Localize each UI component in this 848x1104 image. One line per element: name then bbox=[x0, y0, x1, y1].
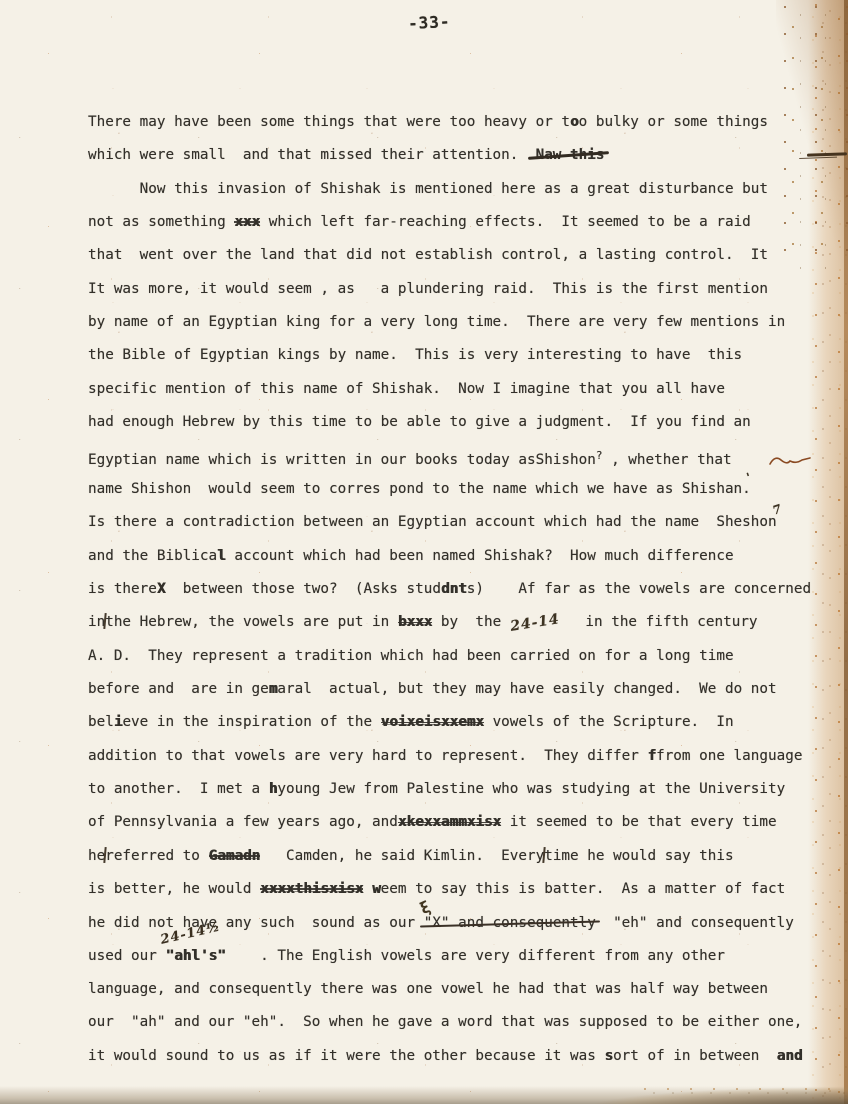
page-number: -33- bbox=[408, 12, 451, 33]
typed-line-5: that went over the land that did not est… bbox=[88, 245, 768, 265]
top-right-corner-wear bbox=[776, 0, 848, 270]
typed-line-26: used our 24-14½"ahl's" . The English vow… bbox=[88, 946, 725, 967]
typed-line-9: specific mention of this name of Shishak… bbox=[88, 379, 725, 399]
typed-text: There may have been some things that wer… bbox=[88, 114, 570, 130]
typed-text: referred to bbox=[105, 848, 208, 864]
typed-line-23: hereferred to Gamadn Camden, he said Kim… bbox=[88, 846, 734, 866]
typed-text: had enough Hebrew by this time to be abl… bbox=[88, 414, 751, 430]
typed-line-15: is thereX between those two? (Asks studd… bbox=[88, 579, 811, 599]
typed-line-22: of Pennsylvania a few years ago, andxkex… bbox=[88, 812, 777, 832]
typed-line-3: Now this invasion of Shishak is mentione… bbox=[88, 179, 768, 199]
typed-text: "eh" and consequently bbox=[596, 915, 794, 931]
typed-text: , whether that bbox=[602, 452, 731, 468]
typed-text: not as something bbox=[88, 214, 234, 230]
typed-text: from one language bbox=[656, 748, 802, 764]
typed-line-29: it would sound to us as if it were the o… bbox=[88, 1046, 802, 1066]
overtyped-text: "ahl's" bbox=[165, 948, 225, 964]
typed-text: Egyptian name which is written in our bo… bbox=[88, 452, 596, 468]
typed-text: that went over the land that did not est… bbox=[88, 247, 768, 263]
typed-text: account which had been named Shishak? Ho… bbox=[226, 548, 734, 564]
typed-text: Is there a contradiction between an Egyp… bbox=[88, 514, 777, 530]
typed-text: addition to that vowels are very hard to… bbox=[88, 748, 647, 764]
typed-line-12: name Shishon would seem to corres pond t… bbox=[88, 479, 751, 499]
overtyped-text: and bbox=[777, 1048, 803, 1064]
scanned-page: -33- There may have been some things tha… bbox=[0, 0, 848, 1104]
margin-pen-squiggle bbox=[768, 452, 812, 470]
typed-text: time he would say this bbox=[544, 848, 733, 864]
typed-text: to another. I met a bbox=[88, 781, 269, 797]
overtyped-text: f bbox=[647, 748, 656, 764]
typed-text: between those two? (Asks stud bbox=[165, 581, 440, 597]
typed-text: ort of in between bbox=[613, 1048, 777, 1064]
typed-line-1: There may have been some things that wer… bbox=[88, 112, 768, 132]
typed-text: eve in the inspiration of the bbox=[122, 714, 380, 730]
typed-line-11: Egyptian name which is written in our bo… bbox=[88, 446, 732, 470]
typed-line-10: had enough Hebrew by this time to be abl… bbox=[88, 412, 751, 432]
overtyped-text: l bbox=[217, 548, 226, 564]
typed-line-14: and the Biblical account which had been … bbox=[88, 546, 734, 566]
typed-strikeout-text: voixeisxxemx bbox=[381, 714, 484, 730]
typed-line-17: A. D. They represent a tradition which h… bbox=[88, 646, 734, 666]
typed-text: eem to say this is batter. As a matter o… bbox=[381, 881, 786, 897]
typed-line-19: believe in the inspiration of the voixei… bbox=[88, 712, 734, 732]
typed-text: A. D. They represent a tradition which h… bbox=[88, 648, 734, 664]
typed-text: is better, he would bbox=[88, 881, 260, 897]
typed-text: Now this invasion of Shishak is mentione… bbox=[88, 181, 768, 197]
typed-text: it would sound to us as if it were the o… bbox=[88, 1048, 604, 1064]
typed-strikeout-text: xkexxammxisx bbox=[398, 814, 501, 830]
typed-text: vowels of the Scripture. In bbox=[484, 714, 734, 730]
typed-line-13: Is there a contradiction between an Egyp… bbox=[88, 512, 777, 532]
typed-line-8: the Bible of Egyptian kings by name. Thi… bbox=[88, 345, 742, 365]
typed-text: . The English vowels are very different … bbox=[226, 948, 725, 964]
typed-line-2: which were small and that missed their a… bbox=[88, 145, 604, 165]
typed-strikeout-text: xxx bbox=[234, 214, 260, 230]
typed-text: used our bbox=[88, 948, 165, 964]
overtyped-text: s bbox=[604, 1048, 613, 1064]
typed-text: by the bbox=[432, 614, 509, 630]
typed-strikeout-text: bxxx bbox=[398, 614, 432, 630]
typed-line-18: before and are in gemaral actual, but th… bbox=[88, 679, 777, 699]
pen-struck-text: "X" and consequently bbox=[424, 915, 596, 931]
typed-text: language, and consequently there was one… bbox=[88, 981, 768, 997]
overtyped-text: dnt bbox=[441, 581, 467, 597]
pen-struck-text: Naw this bbox=[536, 147, 605, 163]
typed-line-28: our "ah" and our "eh". So when he gave a… bbox=[88, 1012, 802, 1032]
typed-strikeout-text: Gamadn bbox=[209, 848, 261, 864]
typed-text: It was more, it would seem , as a plunde… bbox=[88, 281, 768, 297]
typed-line-16: inthe Hebrew, the vowels are put in bxxx… bbox=[88, 612, 758, 632]
typed-text: o bulky or some things bbox=[579, 114, 768, 130]
typed-text: he did not have any such sound as our bbox=[88, 915, 424, 931]
typed-text: aral actual, but they may have easily ch… bbox=[277, 681, 776, 697]
overtyped-text: w bbox=[372, 881, 381, 897]
typed-text bbox=[363, 881, 372, 897]
typed-text: our "ah" and our "eh". So when he gave a… bbox=[88, 1014, 802, 1030]
typed-text: name Shishon would seem to corres pond t… bbox=[88, 481, 751, 497]
typed-text: specific mention of this name of Shishak… bbox=[88, 381, 725, 397]
typed-text: is there bbox=[88, 581, 157, 597]
typed-text: it seemed to be that every time bbox=[501, 814, 776, 830]
typed-text: the Hebrew, the vowels are put in bbox=[105, 614, 398, 630]
typed-text: of Pennsylvania a few years ago, and bbox=[88, 814, 398, 830]
typed-line-6: It was more, it would seem , as a plunde… bbox=[88, 279, 768, 299]
typed-text: which left far-reaching effects. It seem… bbox=[260, 214, 751, 230]
typed-text: by name of an Egyptian king for a very l… bbox=[88, 314, 785, 330]
typed-text: before and are in ge bbox=[88, 681, 269, 697]
typed-text: the Bible of Egyptian kings by name. Thi… bbox=[88, 347, 742, 363]
typed-line-24: is better, he would xxxxthisxisx weem to… bbox=[88, 879, 785, 899]
handwritten-annotation: 24-14 bbox=[509, 609, 561, 637]
typed-text: in the fifth century bbox=[560, 614, 758, 630]
typed-line-4: not as something xxx which left far-reac… bbox=[88, 212, 751, 232]
typed-line-7: by name of an Egyptian king for a very l… bbox=[88, 312, 785, 332]
typed-text: and the Biblica bbox=[88, 548, 217, 564]
bottom-right-corner-wear bbox=[548, 1070, 848, 1104]
typed-text: which were small and that missed their a… bbox=[88, 147, 536, 163]
typed-line-27: language, and consequently there was one… bbox=[88, 979, 768, 999]
typed-text: bel bbox=[88, 714, 114, 730]
typed-line-21: to another. I met a hyoung Jew from Pale… bbox=[88, 779, 785, 799]
typed-text: Camden, he said Kimlin. Every bbox=[260, 848, 544, 864]
typed-strikeout-text: xxxxthisxisx bbox=[260, 881, 363, 897]
overtyped-text: o bbox=[570, 114, 579, 130]
typed-text: young Jew from Palestine who was studyin… bbox=[277, 781, 785, 797]
typed-text: s) Af far as the vowels are concerned bbox=[467, 581, 811, 597]
typed-line-20: addition to that vowels are very hard to… bbox=[88, 746, 802, 766]
